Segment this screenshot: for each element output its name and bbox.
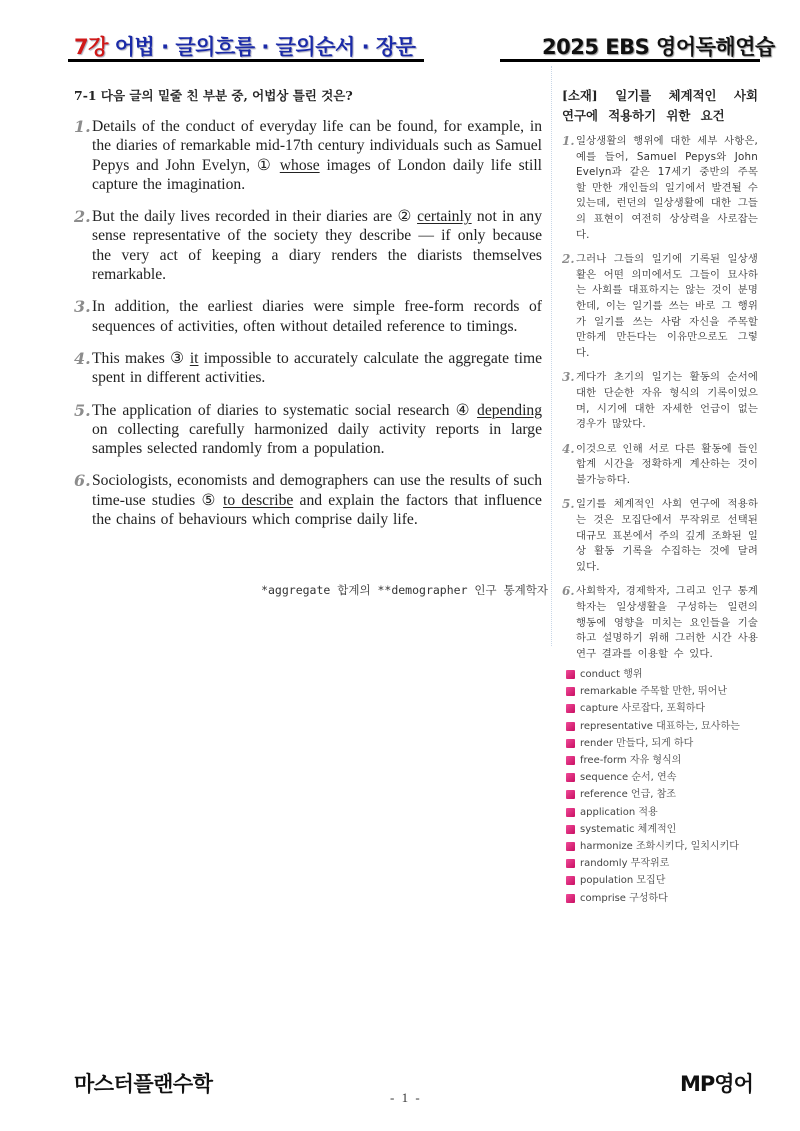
vocab-item: comprise 구성하다 [566,890,766,907]
paragraph-number: 4. [74,349,91,368]
translation-list: 1. 일상생활의 행위에 대한 세부 사항은, 예를 들어, Samuel Pe… [562,134,758,671]
vocab-item: sequence 순서, 연속 [566,769,766,786]
translation-number: 6. [562,584,575,598]
vocab-item: harmonize 조화시키다, 일치시키다 [566,838,766,855]
book-title: 2025 EBS 영어독해연습 [542,31,775,61]
translation-item: 2. 그러나 그들의 일기에 기록된 일상생활은 어떤 의미에서도 그들이 묘사… [562,252,758,361]
passage-paragraph-5: 5. The application of diaries to systema… [74,401,542,459]
passage-paragraph-2: 2. But the daily lives recorded in their… [74,207,542,284]
vocab-item: randomly 무작위로 [566,855,766,872]
column-divider [551,66,552,646]
square-bullet-icon [566,808,575,817]
vocab-item: render 만들다, 되게 하다 [566,735,766,752]
square-bullet-icon [566,722,575,731]
underlined-choice-4: depending [477,402,542,419]
underlined-choice-5: to describe [223,492,293,509]
summary-title: [소재] 일기를 체계적인 사회 연구에 적용하기 위한 요건 [562,86,758,126]
vocab-item: population 모집단 [566,872,766,889]
choice-marker-2: ② [397,208,411,225]
square-bullet-icon [566,739,575,748]
translation-item: 3. 게다가 초기의 일기는 활동의 순서에 대한 단순한 자유 형식의 기록이… [562,370,758,432]
translation-item: 6. 사회학자, 경제학자, 그리고 인구 통계학자는 일상생활을 구성하는 일… [562,584,758,662]
square-bullet-icon [566,687,575,696]
vocab-item: free-form 자유 형식의 [566,752,766,769]
publisher-name: 마스터플랜수학 [74,1068,213,1098]
glossary-footnote: *aggregate 합계의 **demographer 인구 통계학자 [230,582,548,598]
square-bullet-icon [566,859,575,868]
lesson-topic: 어법 · 글의흐름 · 글의순서 · 장문 [115,35,416,59]
square-bullet-icon [566,876,575,885]
square-bullet-icon [566,825,575,834]
paragraph-number: 3. [74,297,91,316]
vocab-item: remarkable 주목할 만한, 뛰어난 [566,683,766,700]
square-bullet-icon [566,756,575,765]
passage-paragraph-4: 4. This makes ③ it impossible to accurat… [74,349,542,388]
passage-paragraph-1: 1. Details of the conduct of everyday li… [74,117,542,194]
vocab-item: representative 대표하는, 묘사하는 [566,718,766,735]
lesson-number: 7강 [74,35,108,59]
square-bullet-icon [566,670,575,679]
translation-item: 1. 일상생활의 행위에 대한 세부 사항은, 예를 들어, Samuel Pe… [562,134,758,243]
passage-paragraph-3: 3. In addition, the earliest diaries wer… [74,297,542,336]
square-bullet-icon [566,842,575,851]
lesson-title: 7강 어법 · 글의흐름 · 글의순서 · 장문 [74,31,415,61]
translation-item: 4. 이것으로 인해 서로 다른 활동에 들인 합계 시간을 정확하게 계산하는… [562,442,758,489]
underlined-choice-1: whose [280,157,320,174]
vocab-item: conduct 행위 [566,666,766,683]
translation-number: 5. [562,497,575,511]
vocab-item: reference 언급, 참조 [566,786,766,803]
square-bullet-icon [566,704,575,713]
choice-marker-5: ⑤ [201,492,216,509]
paragraph-number: 5. [74,401,91,420]
lesson-header: 7강 어법 · 글의흐름 · 글의순서 · 장문 [68,28,424,62]
translation-number: 1. [562,134,575,148]
vocab-item: application 적용 [566,804,766,821]
translation-item: 5. 일기를 체계적인 사회 연구에 적용하는 것은 모집단에서 무작위로 선택… [562,497,758,575]
paragraph-number: 6. [74,471,91,490]
passage-paragraph-6: 6. Sociologists, economists and demograp… [74,471,542,529]
question-prompt: 7-1 다음 글의 밑줄 친 부분 중, 어법상 틀린 것은? [74,86,544,104]
choice-marker-4: ④ [456,402,471,419]
choice-marker-3: ③ [170,350,184,367]
book-header: 2025 EBS 영어독해연습 [500,28,760,62]
vocab-item: systematic 체계적인 [566,821,766,838]
translation-number: 3. [562,370,575,384]
square-bullet-icon [566,773,575,782]
translation-number: 4. [562,442,575,456]
choice-marker-1: ① [257,157,273,174]
square-bullet-icon [566,894,575,903]
paragraph-number: 2. [74,207,91,226]
vocabulary-list: conduct 행위 remarkable 주목할 만한, 뛰어난 captur… [566,666,766,907]
page-number: - 1 - [390,1090,420,1106]
vocab-item: capture 사로잡다, 포획하다 [566,700,766,717]
brand-name: MP영어 [680,1068,753,1098]
square-bullet-icon [566,790,575,799]
translation-number: 2. [562,252,575,266]
underlined-choice-2: certainly [417,208,472,225]
paragraph-number: 1. [74,117,91,136]
passage: 1. Details of the conduct of everyday li… [74,117,542,542]
